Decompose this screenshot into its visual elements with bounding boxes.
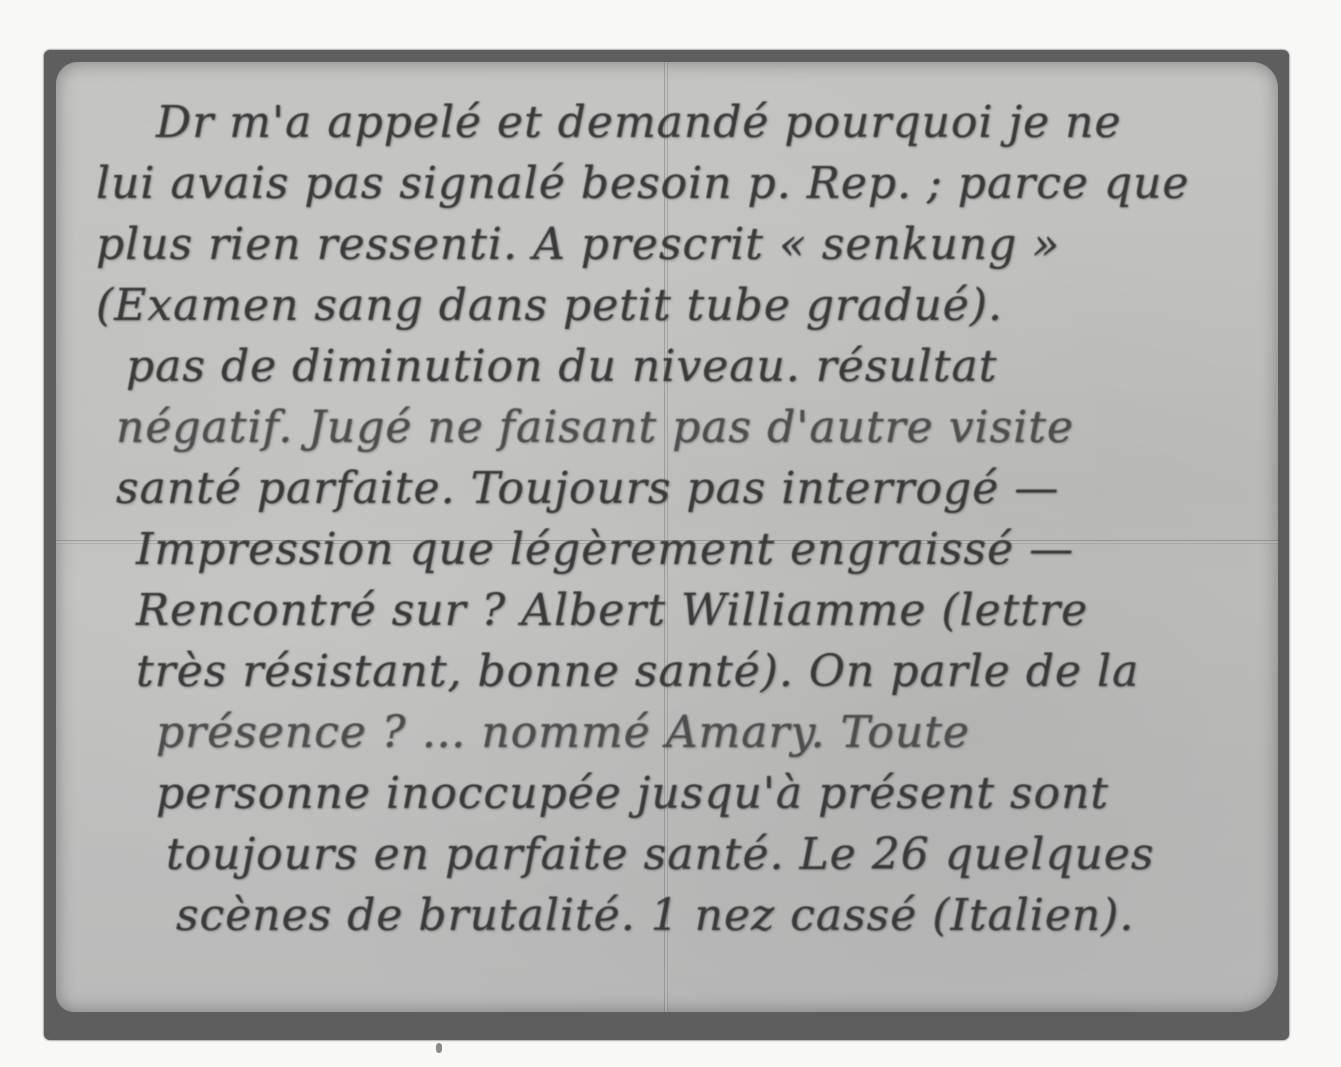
note-line: Rencontré sur ? Albert Williamme (lettre (96, 580, 1246, 641)
note-line: scènes de brutalité. 1 nez cassé (Italie… (96, 885, 1246, 946)
note-line: santé parfaite. Toujours pas interrogé — (96, 458, 1246, 519)
note-line: (Examen sang dans petit tube gradué). (96, 275, 1246, 336)
handwritten-text: Dr m'a appelé et demandé pourquoi je ne … (96, 92, 1246, 946)
note-line: présence ? … nommé Amary. Toute (96, 702, 1246, 763)
note-line: Impression que légèrement engraissé — (96, 519, 1246, 580)
note-line: personne inoccupée jusqu'à présent sont (96, 763, 1246, 824)
note-line: pas de diminution du niveau. résultat (96, 336, 1246, 397)
note-line: lui avais pas signalé besoin p. Rep. ; p… (96, 153, 1246, 214)
note-line: toujours en parfaite santé. Le 26 quelqu… (96, 824, 1246, 885)
note-line: très résistant, bonne santé). On parle d… (96, 641, 1246, 702)
note-line: plus rien ressenti. A prescrit « senkung… (96, 214, 1246, 275)
handwritten-note: Dr m'a appelé et demandé pourquoi je ne … (56, 62, 1278, 1012)
stray-mark (436, 1043, 442, 1053)
note-line: négatif. Jugé ne faisant pas d'autre vis… (96, 397, 1246, 458)
photograph: Dr m'a appelé et demandé pourquoi je ne … (0, 0, 1341, 1067)
note-line: Dr m'a appelé et demandé pourquoi je ne (96, 92, 1246, 153)
